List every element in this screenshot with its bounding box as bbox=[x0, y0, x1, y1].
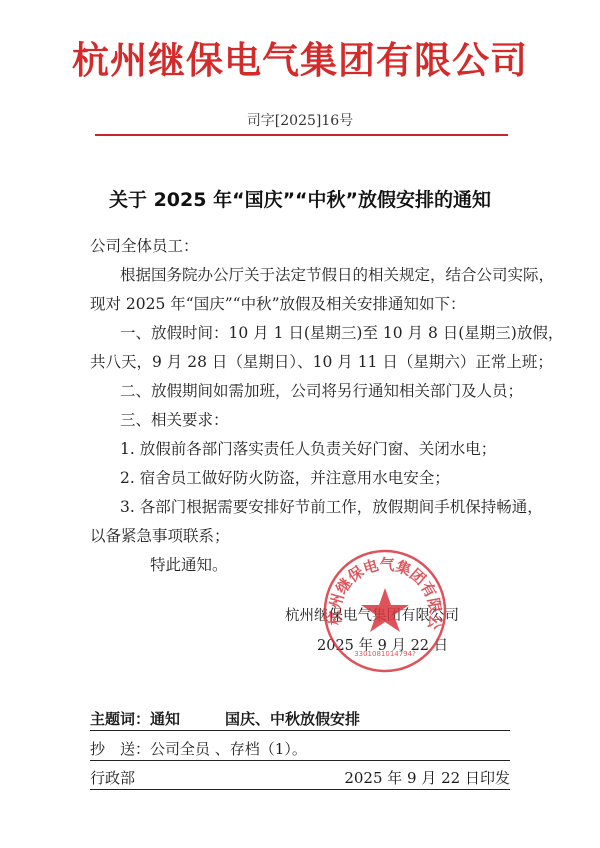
paragraph-line: 以备紧急事项联系； bbox=[90, 526, 515, 546]
document-number: 司字[2025]16号 bbox=[0, 110, 600, 130]
paragraph-line: 共八天，9 月 28 日（星期日）、10 月 11 日（星期六）正常上班； bbox=[90, 352, 515, 372]
subject-terms: 通知 国庆、中秋放假安排 bbox=[150, 710, 360, 728]
subject-label: 主题词： bbox=[90, 710, 150, 728]
paragraph-line: 现对 2025 年“国庆”“中秋”放假及相关安排通知如下： bbox=[90, 294, 515, 314]
company-letterhead: 杭州继保电气集团有限公司 bbox=[0, 34, 600, 86]
issuer-row: 行政部 2025 年 9 月 22 日印发 bbox=[90, 767, 510, 790]
paragraph-line: 二、放假期间如需加班，公司将另行通知相关部门及人员； bbox=[90, 381, 545, 401]
notice-title: 关于 2025 年“国庆”“中秋”放假安排的通知 bbox=[0, 185, 600, 212]
company-seal-icon: 杭州继保电气集团有限公司 3301081014794? bbox=[322, 548, 448, 674]
paragraph-line: 一、放假时间：10 月 1 日(星期三)至 10 月 8 日(星期三)放假， bbox=[90, 323, 545, 343]
subject-row: 主题词：通知 国庆、中秋放假安排 bbox=[90, 708, 510, 731]
paragraph-line: 三、相关要求： bbox=[90, 410, 545, 430]
red-divider bbox=[95, 134, 508, 136]
cc-label: 抄 送： bbox=[90, 740, 150, 758]
svg-text:3301081014794?: 3301081014794? bbox=[354, 650, 416, 658]
issue-date: 2025 年 9 月 22 日印发 bbox=[344, 767, 510, 789]
issuer: 行政部 bbox=[90, 769, 135, 787]
salutation: 公司全体员工： bbox=[90, 236, 515, 256]
paragraph-line: 根据国务院办公厅关于法定节假日的相关规定，结合公司实际， bbox=[90, 265, 545, 285]
cc-row: 抄 送：公司全员 、存档（1）。 bbox=[90, 738, 510, 761]
paragraph-line: 2. 宿舍员工做好防火防盗，并注意用水电安全； bbox=[90, 468, 545, 488]
cc-value: 公司全员 、存档（1）。 bbox=[150, 740, 307, 758]
paragraph-line: 3. 各部门根据需要安排好节前工作，放假期间手机保持畅通， bbox=[90, 497, 545, 517]
paragraph-line: 1. 放假前各部门落实责任人负责关好门窗、关闭水电； bbox=[90, 439, 545, 459]
